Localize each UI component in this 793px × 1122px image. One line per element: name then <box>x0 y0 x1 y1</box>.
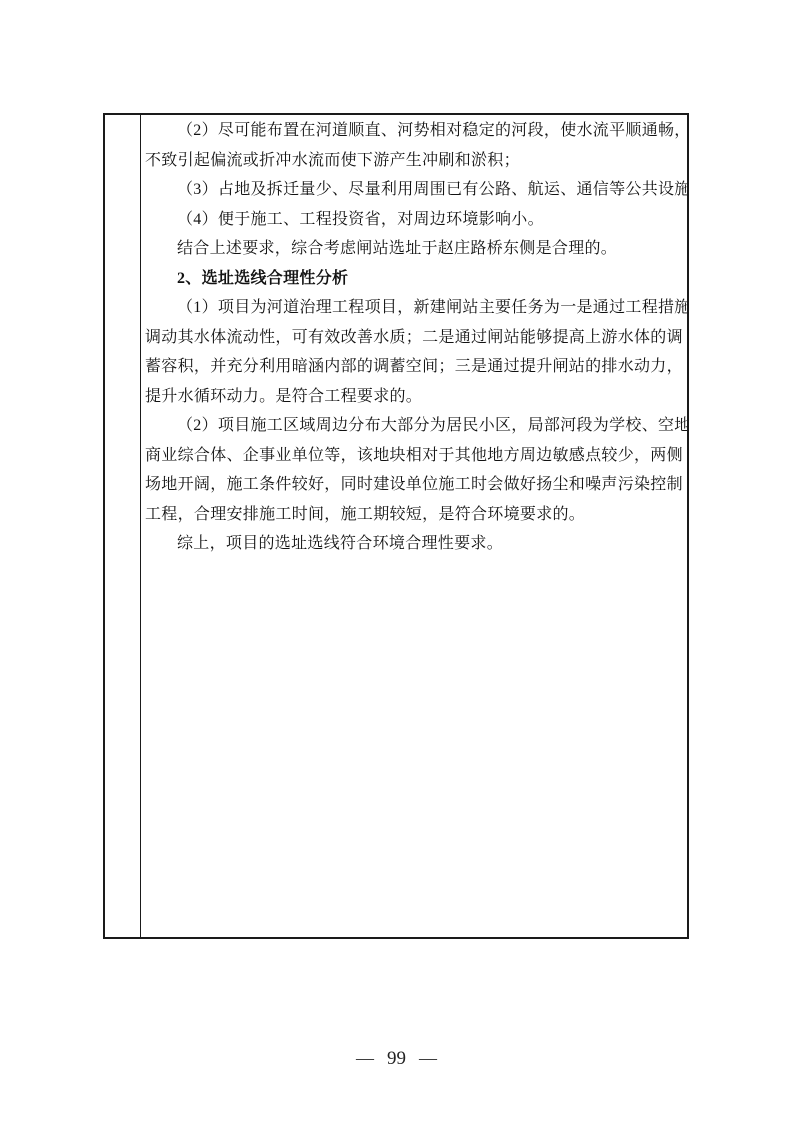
section-heading-line: 2、选址选线合理性分析 <box>145 264 685 294</box>
text-line: （4）便于施工、工程投资省，对周边环境影响小。 <box>145 205 685 235</box>
text-line: 结合上述要求，综合考虑闸站选址于赵庄路桥东侧是合理的。 <box>145 234 685 264</box>
document-page: （2）尽可能布置在河道顺直、河势相对稳定的河段，使水流平顺通畅，不致引起偏流或折… <box>0 0 793 1122</box>
text-line: （1）项目为河道治理工程项目，新建闸站主要任务为一是通过工程措施 <box>145 293 685 323</box>
page-footer: —99— <box>0 1048 793 1070</box>
text-line: （2）项目施工区域周边分布大部分为居民小区，局部河段为学校、空地、 <box>145 411 685 441</box>
text-line: （3）占地及拆迁量少、尽量利用周围已有公路、航运、通信等公共设施； <box>145 175 685 205</box>
text-line: 提升水循环动力。是符合工程要求的。 <box>145 382 685 412</box>
text-line: 不致引起偏流或折冲水流而使下游产生冲刷和淤积； <box>145 146 685 176</box>
text-line: 商业综合体、企事业单位等，该地块相对于其他地方周边敏感点较少，两侧 <box>145 441 685 471</box>
page-number: 99 <box>387 1048 406 1069</box>
text-line: 调动其水体流动性，可有效改善水质；二是通过闸站能够提高上游水体的调 <box>145 323 685 353</box>
text-line: 工程，合理安排施工时间，施工期较短，是符合环境要求的。 <box>145 500 685 530</box>
footer-dash-left: — <box>356 1048 374 1068</box>
text-line: 蓄容积，并充分利用暗涵内部的调蓄空间；三是通过提升闸站的排水动力， <box>145 352 685 382</box>
text-line: 场地开阔，施工条件较好，同时建设单位施工时会做好扬尘和噪声污染控制 <box>145 470 685 500</box>
table-left-column <box>105 115 141 937</box>
footer-dash-right: — <box>419 1048 437 1068</box>
table-content-cell: （2）尽可能布置在河道顺直、河势相对稳定的河段，使水流平顺通畅，不致引起偏流或折… <box>141 115 687 937</box>
text-line: （2）尽可能布置在河道顺直、河势相对稳定的河段，使水流平顺通畅， <box>145 116 685 146</box>
text-line: 综上，项目的选址选线符合环境合理性要求。 <box>145 529 685 559</box>
content-table: （2）尽可能布置在河道顺直、河势相对稳定的河段，使水流平顺通畅，不致引起偏流或折… <box>103 113 689 939</box>
